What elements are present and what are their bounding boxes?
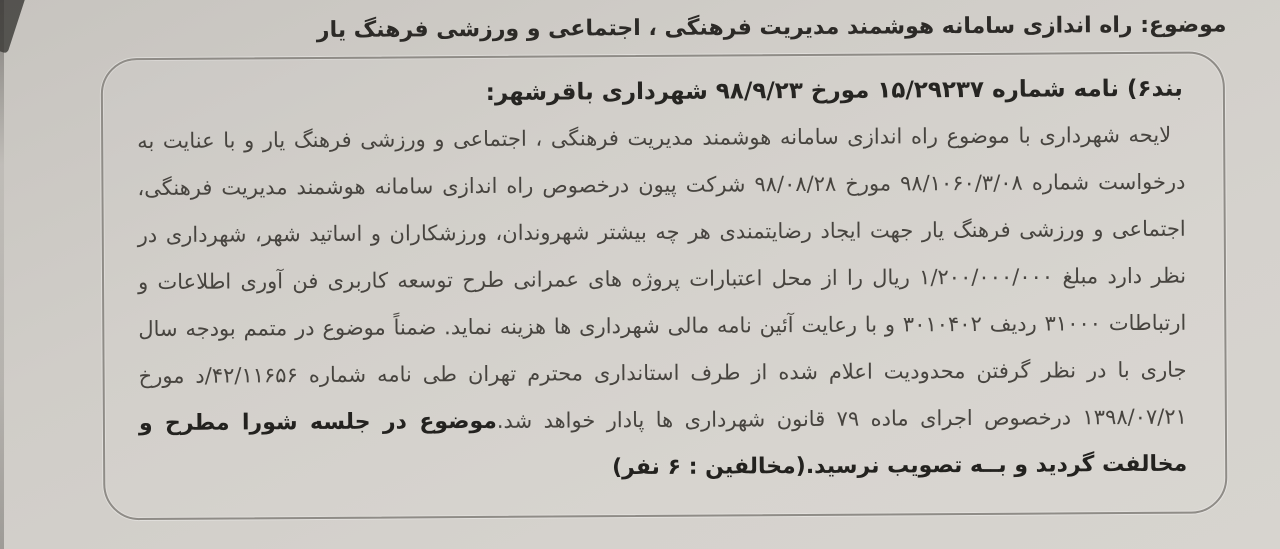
clause-6-box: بند۶) نامه شماره ۱۵/۲۹۲۳۷ مورخ ۹۸/۹/۲۳ ش… [101,51,1228,520]
clause-6-body-text: لایحه شهرداری با موضوع راه اندازی سامانه… [137,123,1187,433]
clause-6-heading: بند۶) نامه شماره ۱۵/۲۹۲۳۷ مورخ ۹۸/۹/۲۳ ش… [135,76,1183,108]
document-subject: موضوع: راه اندازی سامانه هوشمند مدیریت ف… [0,0,1279,45]
clause-6-body: لایحه شهرداری با موضوع راه اندازی سامانه… [137,112,1187,494]
scan-left-shadow [0,0,4,549]
scanned-document-page: موضوع: راه اندازی سامانه هوشمند مدیریت ف… [0,0,1280,549]
